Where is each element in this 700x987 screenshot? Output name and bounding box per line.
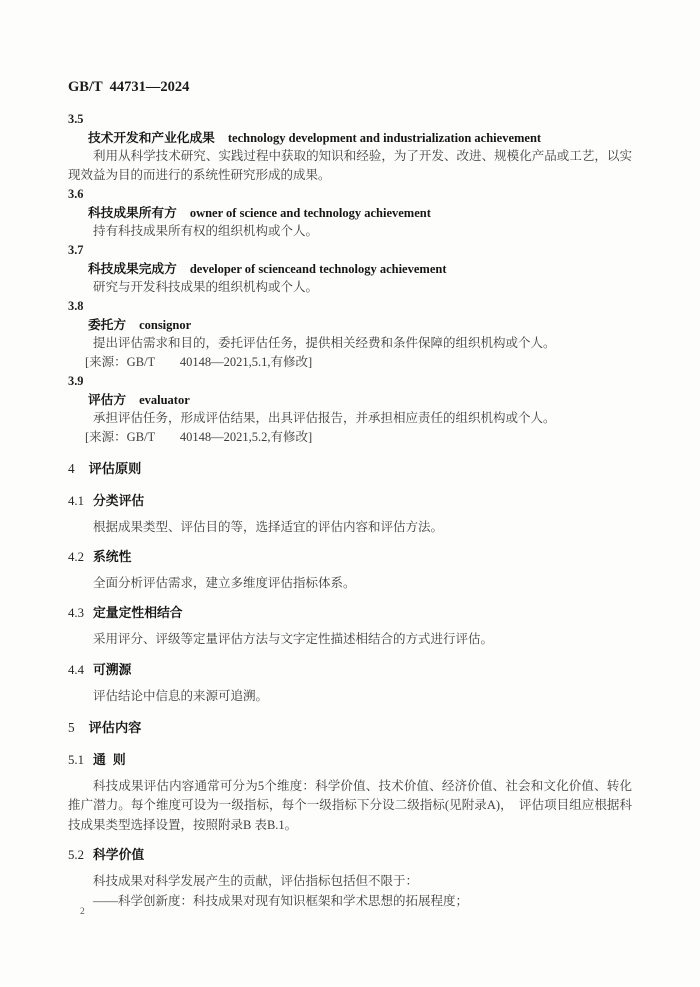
section-number: 4.2 — [68, 550, 84, 564]
term-entry: 3.7 科技成果完成方developer of scienceand techn… — [68, 241, 632, 297]
term-chinese: 科技成果所有方 — [88, 206, 177, 220]
section-heading: 5.1通 则 — [68, 750, 632, 770]
chapter-5-evaluation-content: 5评估内容 5.1通 则 科技成果评估内容通常可分为5个维度：科学价值、技术价值… — [68, 718, 632, 911]
standard-number-header: GB/T 44731—2024 — [68, 77, 632, 97]
term-entry: 3.8 委托方consignor 提出评估需求和目的，委托评估任务，提供相关经费… — [68, 297, 632, 372]
term-entry: 3.6 科技成果所有方owner of science and technolo… — [68, 185, 632, 241]
chapter-heading: 5评估内容 — [68, 718, 632, 738]
section-heading: 4.3定量定性相结合 — [68, 603, 632, 623]
term-chinese: 科技成果完成方 — [88, 262, 177, 276]
term-heading: 技术开发和产业化成果technology development and ind… — [68, 129, 632, 148]
term-entry: 3.5 技术开发和产业化成果technology development and… — [68, 110, 632, 185]
section-number: 4.3 — [68, 606, 84, 620]
term-english: developer of scienceand technology achie… — [190, 262, 447, 276]
term-definition: 利用从科学技术研究、实践过程中获取的知识和经验，为了开发、改进、规模化产品或工艺… — [68, 147, 632, 184]
section-heading: 4.1分类评估 — [68, 491, 632, 511]
chapter-4-evaluation-principles: 4评估原则 4.1分类评估 根据成果类型、评估目的等，选择适宜的评估内容和评估方… — [68, 459, 632, 706]
section-title: 定量定性相结合 — [93, 605, 183, 620]
term-chinese: 评估方 — [88, 393, 126, 407]
list-item-dash: ——科学创新度：科技成果对现有知识框架和学术思想的拓展程度； — [68, 892, 632, 911]
page-number: 2 — [80, 907, 85, 917]
term-english: consignor — [139, 318, 191, 332]
term-heading: 科技成果完成方developer of scienceand technolog… — [68, 260, 632, 279]
section-number: 5.1 — [68, 753, 84, 767]
clause-number: 3.7 — [68, 241, 632, 260]
terms-and-definitions: 3.5 技术开发和产业化成果technology development and… — [68, 110, 632, 447]
section-heading: 5.2科学价值 — [68, 845, 632, 865]
term-definition: 研究与开发科技成果的组织机构或个人。 — [68, 278, 632, 297]
section-paragraph: 科技成果对科学发展产生的贡献，评估指标包括但不限于： — [68, 872, 632, 891]
chapter-number: 5 — [68, 720, 75, 735]
term-definition: 持有科技成果所有权的组织机构或个人。 — [68, 222, 632, 241]
chapter-number: 4 — [68, 461, 75, 476]
term-heading: 科技成果所有方owner of science and technology a… — [68, 204, 632, 223]
term-chinese: 技术开发和产业化成果 — [88, 131, 215, 145]
term-english: owner of science and technology achievem… — [190, 206, 431, 220]
section-number: 4.1 — [68, 494, 84, 508]
clause-number: 3.9 — [68, 372, 632, 391]
term-definition: 承担评估任务，形成评估结果，出具评估报告，并承担相应责任的组织机构或个人。 — [68, 409, 632, 428]
section-paragraph: 根据成果类型、评估目的等，选择适宜的评估内容和评估方法。 — [68, 518, 632, 537]
term-definition: 提出评估需求和目的，委托评估任务，提供相关经费和条件保障的组织机构或个人。 — [68, 334, 632, 353]
section-title: 通 则 — [93, 752, 126, 767]
chapter-title: 评估原则 — [89, 461, 142, 476]
chapter-heading: 4评估原则 — [68, 459, 632, 479]
term-entry: 3.9 评估方evaluator 承担评估任务，形成评估结果，出具评估报告，并承… — [68, 372, 632, 447]
clause-number: 3.5 — [68, 110, 632, 129]
section-number: 5.2 — [68, 848, 84, 862]
section-paragraph: 全面分析评估需求，建立多维度评估指标体系。 — [68, 574, 632, 593]
section-heading: 4.2系统性 — [68, 547, 632, 567]
section-title: 分类评估 — [93, 493, 144, 508]
source-reference: [来源：GB/T 40148—2021,5.1,有修改] — [68, 353, 632, 372]
source-reference: [来源：GB/T 40148—2021,5.2,有修改] — [68, 428, 632, 447]
section-heading: 4.4可溯源 — [68, 660, 632, 680]
chapter-title: 评估内容 — [89, 720, 142, 735]
term-chinese: 委托方 — [88, 318, 126, 332]
document-page: GB/T 44731—2024 3.5 技术开发和产业化成果technology… — [0, 0, 700, 987]
section-title: 科学价值 — [93, 847, 144, 862]
clause-number: 3.8 — [68, 297, 632, 316]
section-paragraph: 采用评分、评级等定量评估方法与文字定性描述相结合的方式进行评估。 — [68, 630, 632, 649]
term-heading: 评估方evaluator — [68, 391, 632, 410]
section-paragraph: 科技成果评估内容通常可分为5个维度：科学价值、技术价值、经济价值、社会和文化价值… — [68, 777, 632, 836]
section-title: 可溯源 — [93, 662, 131, 677]
term-english: technology development and industrializa… — [228, 131, 541, 145]
clause-number: 3.6 — [68, 185, 632, 204]
section-number: 4.4 — [68, 663, 84, 677]
section-title: 系统性 — [93, 549, 131, 564]
term-english: evaluator — [139, 393, 190, 407]
section-paragraph: 评估结论中信息的来源可追溯。 — [68, 687, 632, 706]
term-heading: 委托方consignor — [68, 316, 632, 335]
